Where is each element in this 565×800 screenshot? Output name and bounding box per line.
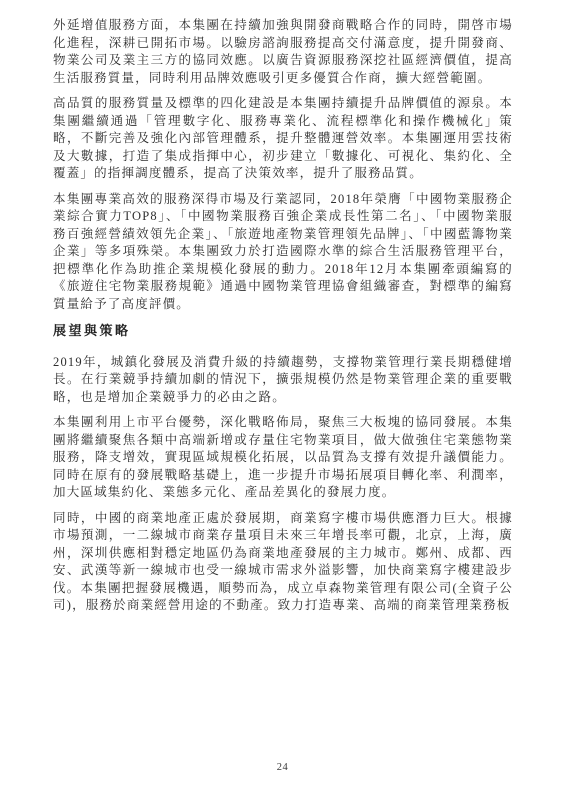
paragraph-commercial-real-estate: 同時，中國的商業地產正處於發展期，商業寫字樓市場供應潛力巨大。根據市場預測，一二… bbox=[53, 510, 513, 615]
paragraph-listing-platform-strategy: 本集團利用上市平台優勢，深化戰略佈局，聚焦三大板塊的協同發展。本集團將繼續聚焦各… bbox=[53, 414, 513, 502]
paragraph-service-quality: 高品質的服務質量及標準的四化建設是本集團持續提升品牌價值的源泉。本集團繼續通過「… bbox=[53, 95, 513, 183]
document-page: 外延增值服務方面，本集團在持續加強與開發商戰略合作的同時，開啓市場化進程，深耕已… bbox=[0, 0, 565, 800]
paragraph-industry-recognition: 本集團專業高效的服務深得市場及行業認同，2018年榮膺「中國物業服務企業綜合實力… bbox=[53, 191, 513, 314]
paragraph-extended-value-services: 外延增值服務方面，本集團在持續加強與開發商戰略合作的同時，開啓市場化進程，深耕已… bbox=[53, 17, 513, 87]
page-number: 24 bbox=[0, 762, 565, 773]
section-heading-outlook-strategy: 展望與策略 bbox=[53, 322, 513, 340]
document-body: 外延增值服務方面，本集團在持續加強與開發商戰略合作的同時，開啓市場化進程，深耕已… bbox=[53, 17, 513, 623]
paragraph-2019-outlook: 2019年，城鎮化發展及消費升級的持續趨勢，支撐物業管理行業長期穩健增長。在行業… bbox=[53, 354, 513, 407]
